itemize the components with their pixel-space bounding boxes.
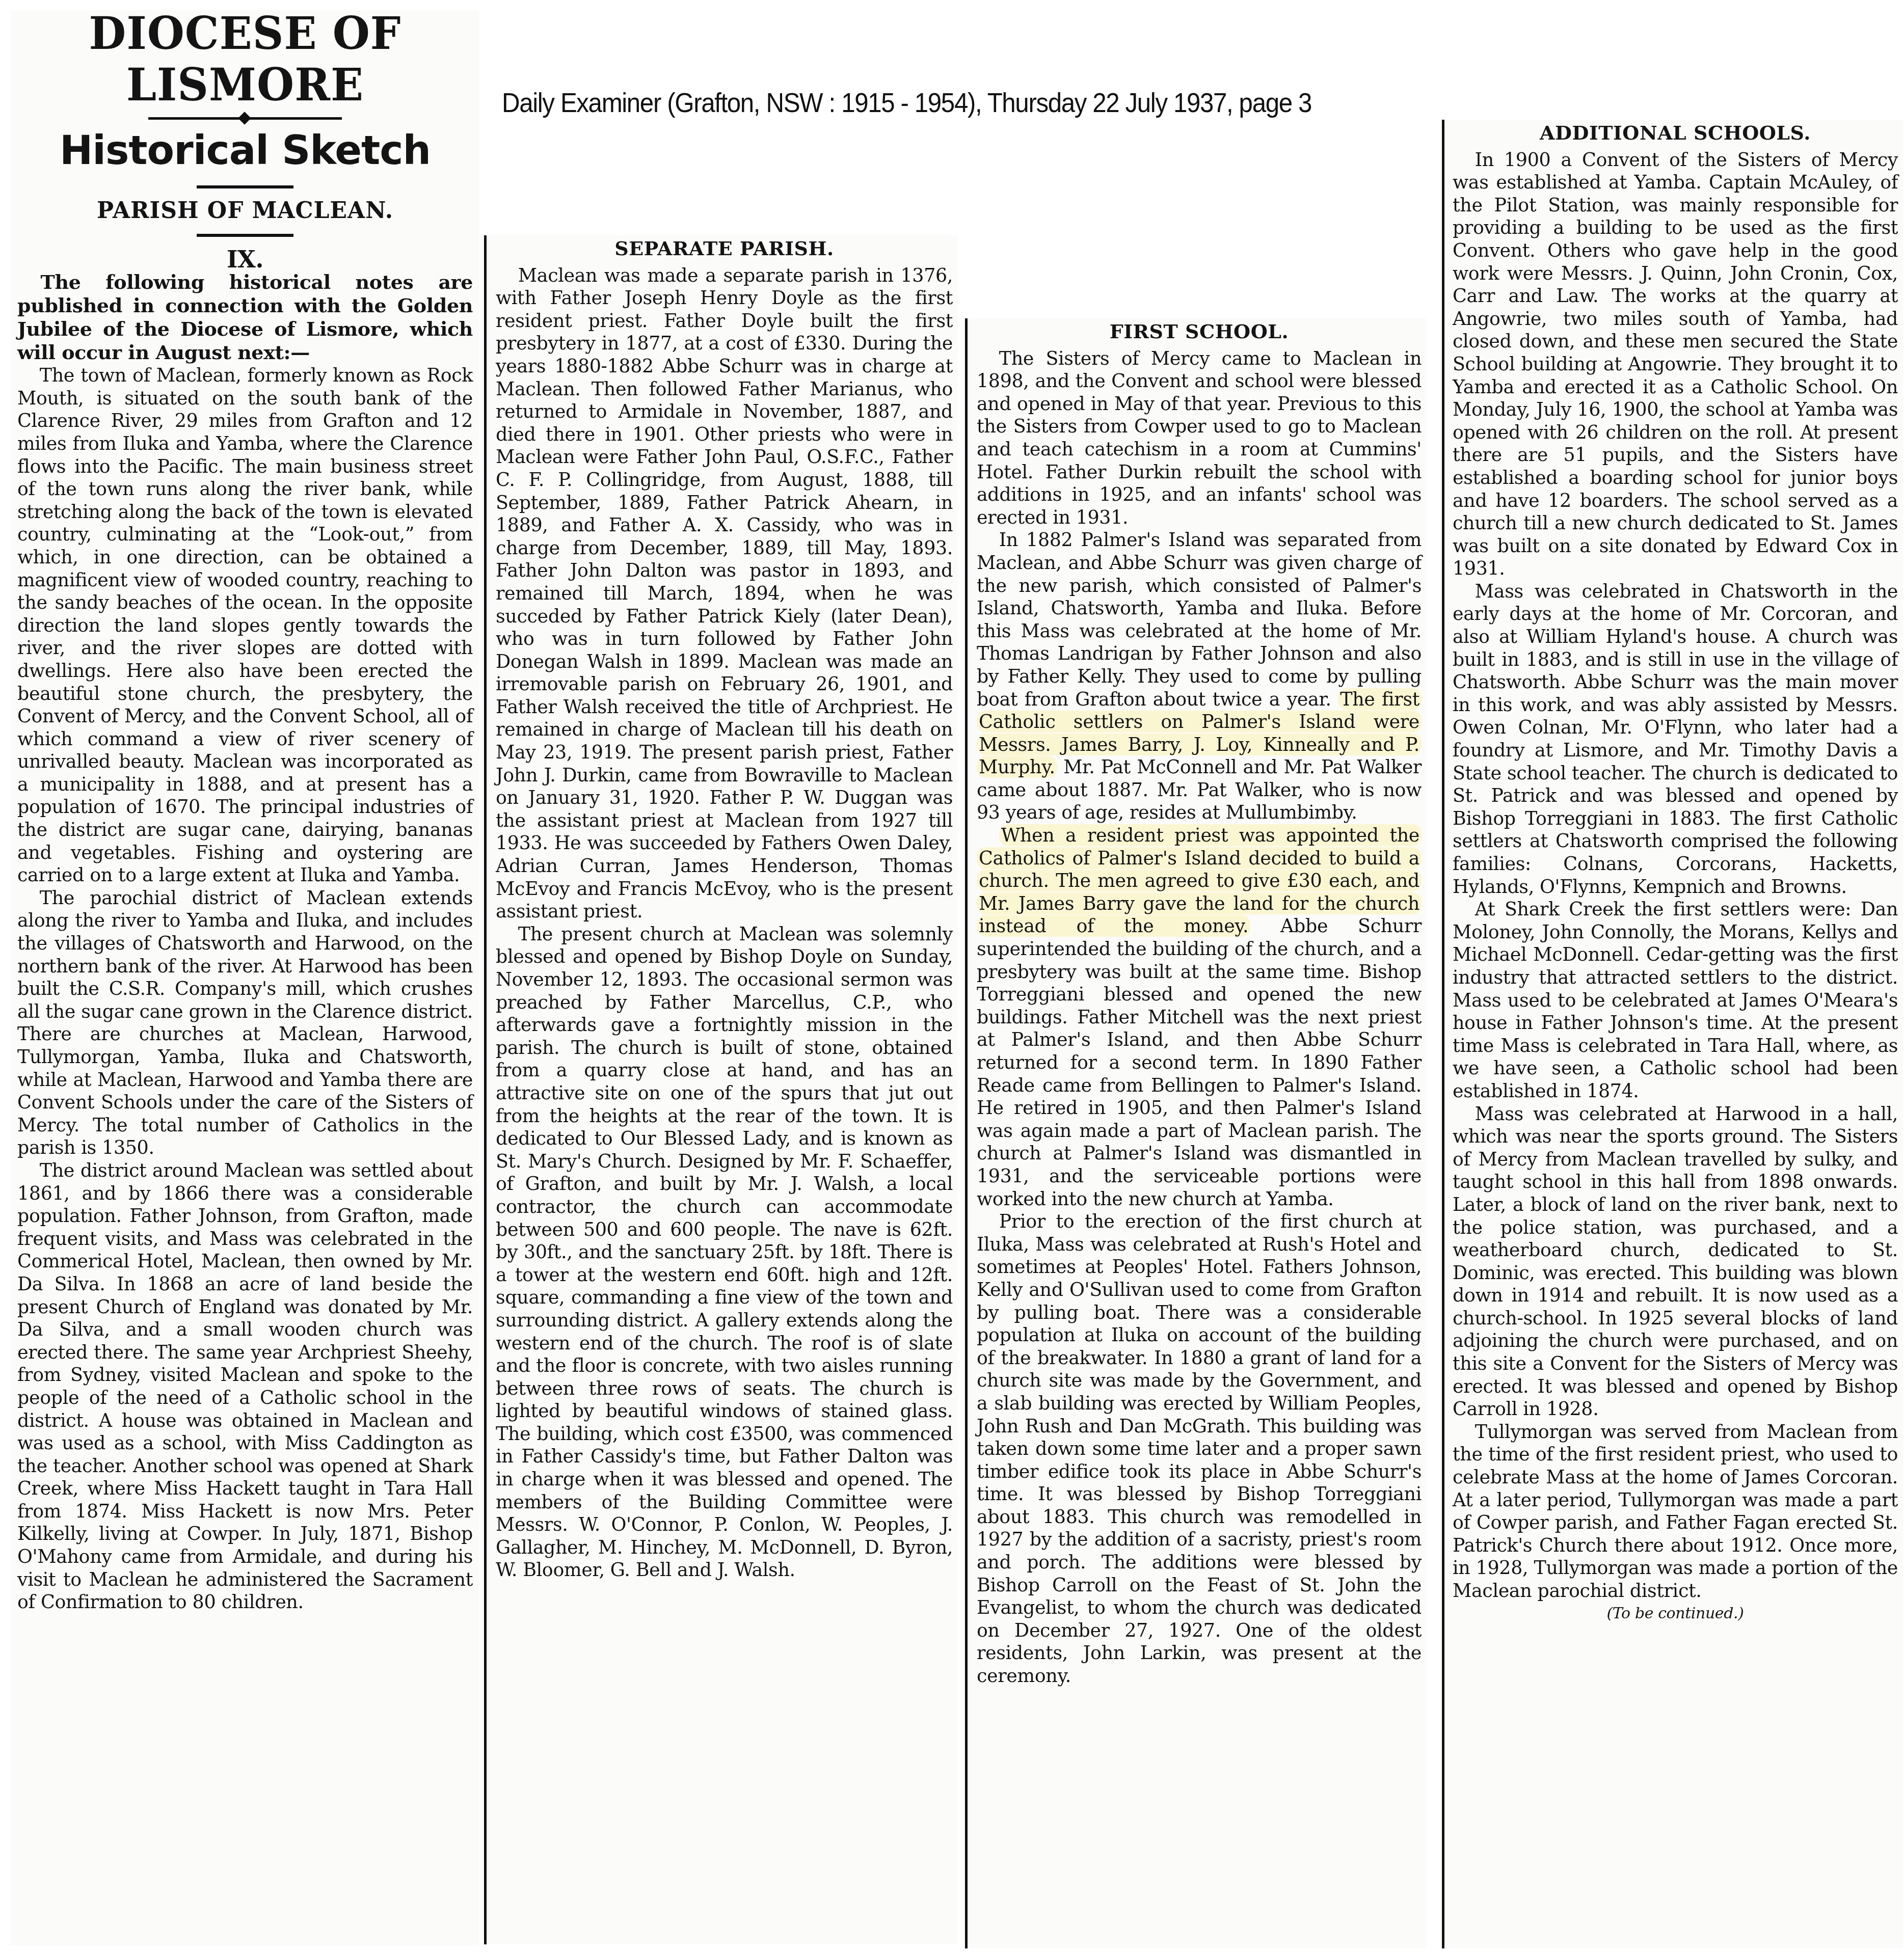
to-be-continued: (To be continued.): [1453, 1603, 1898, 1625]
divider-rule: [197, 185, 293, 188]
column-2-body: Maclean was made a separate parish in 13…: [496, 264, 953, 1582]
paragraph: The parochial district of Maclean extend…: [17, 887, 473, 1159]
paragraph: At Shark Creek the first settlers were: …: [1453, 898, 1898, 1102]
column-1: DIOCESE OF LISMORE Historical Sketch PAR…: [10, 10, 479, 1946]
intro-paragraph: The following historical notes are publi…: [17, 270, 473, 364]
paragraph: The town of Maclean, formerly known as R…: [17, 364, 473, 887]
section-heading-first-school: FIRST SCHOOL.: [977, 320, 1422, 343]
paragraph: Mass was celebrated in Chatsworth in the…: [1453, 580, 1898, 898]
paragraph: In 1882 Palmer's Island was separated fr…: [977, 529, 1422, 824]
paragraph: Maclean was made a separate parish in 13…: [496, 264, 953, 923]
paragraph: The present church at Maclean was solemn…: [496, 923, 953, 1582]
column-3: FIRST SCHOOL. The Sisters of Mercy came …: [965, 318, 1427, 1948]
paragraph: Tullymorgan was served from Maclean from…: [1453, 1421, 1898, 1603]
paragraph: When a resident priest was appointed the…: [977, 824, 1422, 1210]
paragraph: Mass was celebrated at Harwood in a hall…: [1453, 1103, 1898, 1421]
section-heading-additional-schools: ADDITIONAL SCHOOLS.: [1453, 122, 1898, 145]
column-4-body: In 1900 a Convent of the Sisters of Merc…: [1453, 149, 1898, 1603]
column-1-body: The town of Maclean, formerly known as R…: [17, 364, 473, 1614]
headline: Historical Sketch: [17, 127, 473, 174]
source-caption: Daily Examiner (Grafton, NSW : 1915 - 19…: [502, 88, 1311, 119]
masthead: DIOCESE OF LISMORE: [17, 8, 473, 111]
ornament-rule: [148, 112, 342, 124]
paragraph: The Sisters of Mercy came to Maclean in …: [977, 347, 1422, 529]
highlighted-passage: The first Catholic settlers on Palmer's …: [977, 688, 1422, 778]
paragraph: In 1900 a Convent of the Sisters of Merc…: [1453, 149, 1898, 580]
subhead: PARISH OF MACLEAN.: [17, 200, 473, 223]
column-3-body: The Sisters of Mercy came to Maclean in …: [977, 347, 1422, 1688]
paragraph: Prior to the erection of the first churc…: [977, 1210, 1422, 1687]
divider-rule: [197, 234, 293, 237]
part-number: IX.: [17, 248, 473, 271]
highlighted-passage: When a resident priest was appointed the…: [977, 824, 1422, 937]
section-heading-separate-parish: SEPARATE PARISH.: [496, 237, 953, 260]
paragraph: The district around Maclean was settled …: [17, 1159, 473, 1614]
column-2: SEPARATE PARISH. Maclean was made a sepa…: [484, 235, 958, 1944]
column-4: ADDITIONAL SCHOOLS. In 1900 a Convent of…: [1442, 120, 1903, 1948]
